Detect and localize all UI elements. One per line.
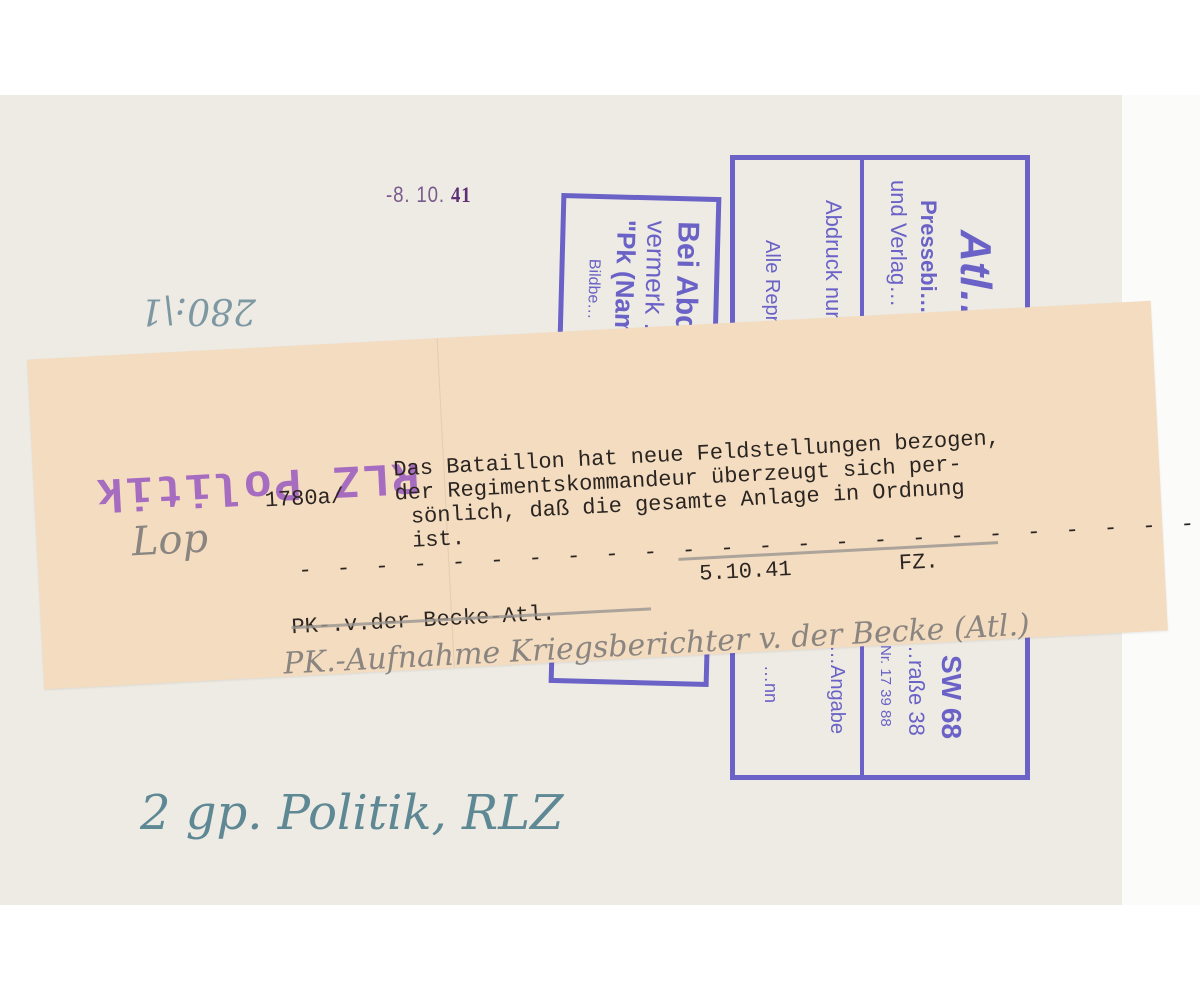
date-stamp-daymonth: -8. 10. [386, 182, 445, 207]
agency-phone: Nr. 17 39 88 [877, 645, 894, 727]
agency-fragment: …nn [760, 665, 781, 703]
agency-angabe: …Angabe [825, 645, 848, 734]
agency-street: …raße 38 [903, 638, 929, 736]
agency-sw68: SW 68 [935, 655, 967, 739]
agency-line-2: und Verlag… [885, 180, 911, 307]
ink-note: 2 gp. Politik, RLZ [140, 785, 563, 841]
caption-date: 5.10.41 [699, 558, 793, 587]
reference-number: 1780a/ [264, 485, 344, 513]
caption-slip: RLZ Politik 1780a/ Lop Das Bataillon hat… [27, 301, 1168, 689]
archive-number-note: 280:\1 [140, 290, 256, 331]
credit-stamp-line-4: Bildbe… [583, 259, 603, 320]
date-stamp: -8. 10. 41 [386, 182, 471, 208]
caption-initials: FZ. [898, 550, 939, 576]
agency-line-1: Pressebi… [915, 200, 941, 314]
pencil-mark: Lop [131, 515, 210, 565]
rlz-politik-stamp: RLZ Politik [93, 449, 421, 518]
date-stamp-year: 41 [451, 182, 471, 207]
